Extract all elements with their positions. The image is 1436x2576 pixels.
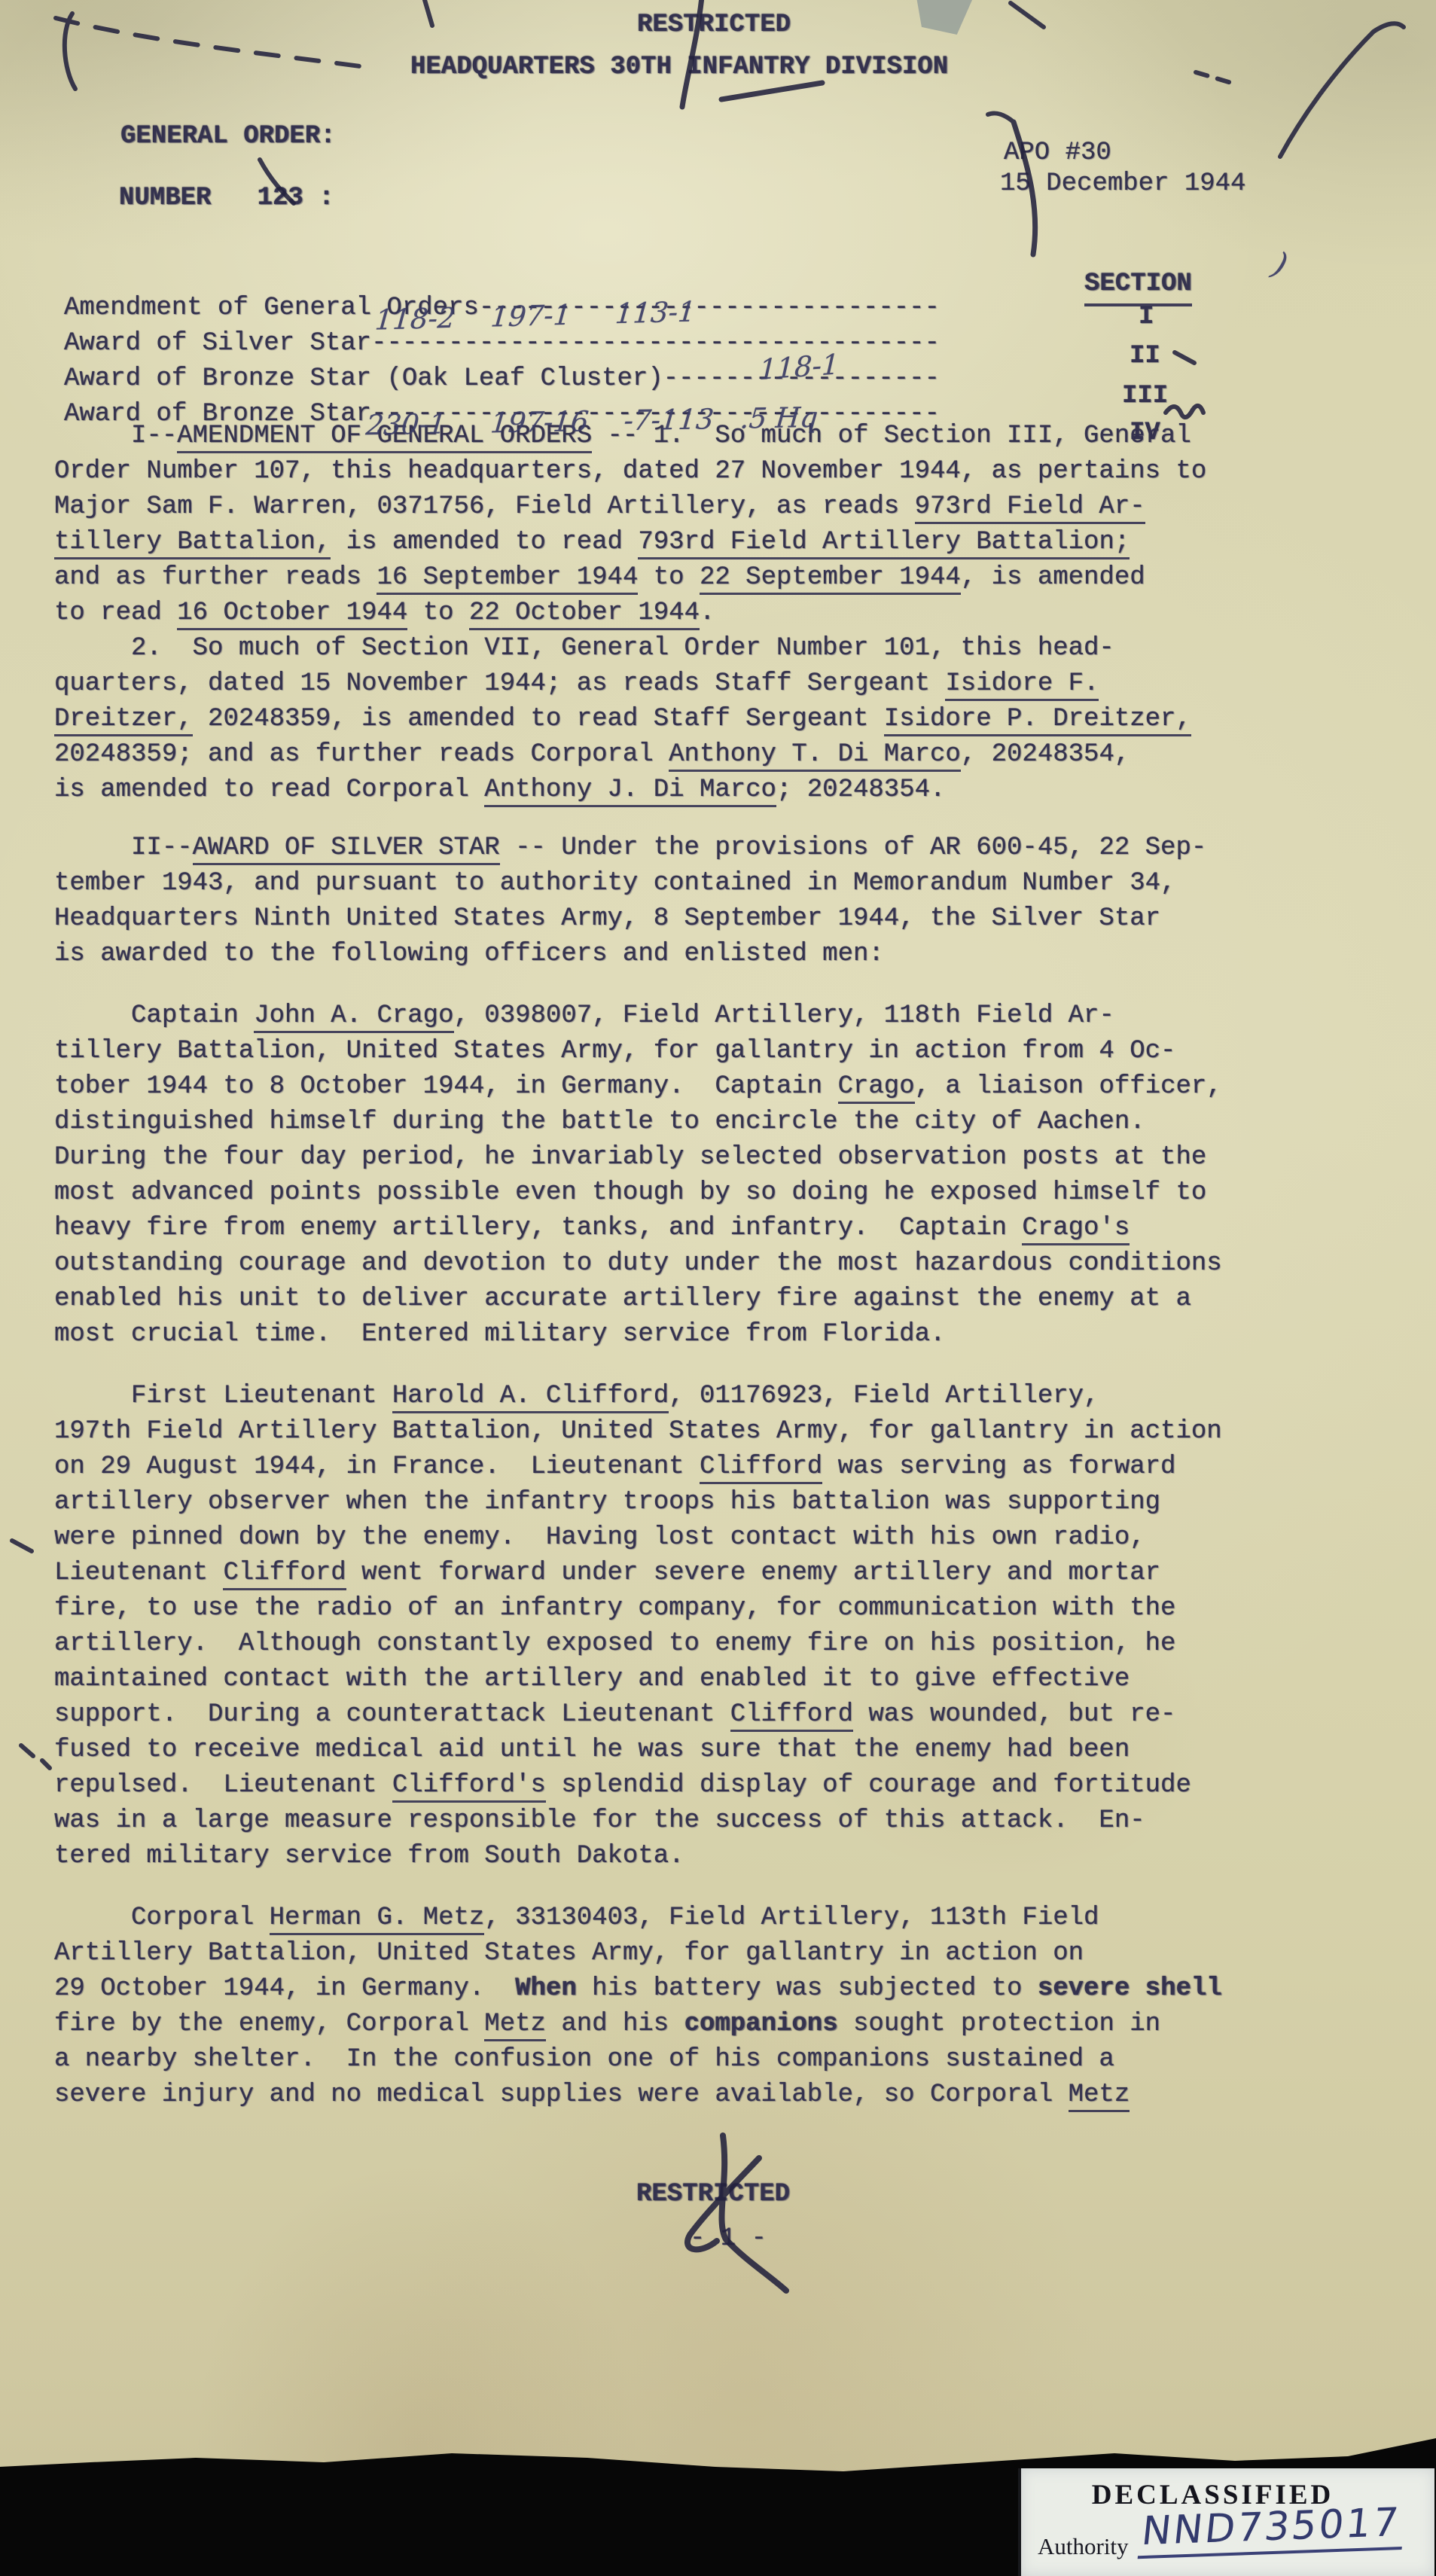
typed-line: and as further reads 16 September 1944 t…	[54, 560, 1222, 596]
handwritten-annotation: )	[1268, 245, 1293, 282]
typed-line: artillery observer when the infantry tro…	[54, 1485, 1222, 1520]
typed-line: was in a large measure responsible for t…	[54, 1803, 1222, 1839]
order-number: NUMBER 123 :	[119, 181, 334, 216]
typed-line: fire, to use the radio of an infantry co…	[54, 1591, 1222, 1626]
typed-line: Dreitzer, 20248359, is amended to read S…	[54, 702, 1222, 737]
typed-line: Lieutenant Clifford went forward under s…	[54, 1556, 1222, 1591]
typed-line: maintained contact with the artillery an…	[54, 1662, 1222, 1697]
typed-line: tillery Battalion, United States Army, f…	[54, 1034, 1222, 1069]
typed-line: is amended to read Corporal Anthony J. D…	[54, 773, 1222, 808]
typed-line: distinguished himself during the battle …	[54, 1105, 1222, 1140]
letterhead-unit: HEADQUARTERS 30TH INFANTRY DIVISION	[410, 50, 948, 85]
typed-line: quarters, dated 15 November 1944; as rea…	[54, 666, 1222, 702]
typed-line: outstanding courage and devotion to duty…	[54, 1246, 1222, 1282]
typed-line: were pinned down by the enemy. Having lo…	[54, 1520, 1222, 1556]
typed-line: a nearby shelter. In the confusion one o…	[54, 2042, 1222, 2078]
typed-line: tered military service from South Dakota…	[54, 1839, 1222, 1874]
typed-line: 197th Field Artillery Battalion, United …	[54, 1414, 1222, 1450]
declassified-authority-label: Authority	[1038, 2533, 1129, 2560]
declassified-stamp: DECLASSIFIED Authority NND735017	[1018, 2468, 1434, 2576]
typed-line: Order Number 107, this headquarters, dat…	[54, 454, 1222, 489]
typed-line: First Lieutenant Harold A. Clifford, 011…	[54, 1379, 1222, 1414]
contents-section-numeral: III	[1122, 379, 1168, 414]
typed-line: 29 October 1944, in Germany. When his ba…	[54, 1971, 1222, 2007]
contents-section-numeral: II	[1130, 339, 1160, 374]
general-order-label: GENERAL ORDER:	[120, 119, 336, 154]
typed-line: fire by the enemy, Corporal Metz and his…	[54, 2007, 1222, 2042]
document-page: RESTRICTED HEADQUARTERS 30TH INFANTRY DI…	[0, 0, 1436, 2576]
typed-line: Major Sam F. Warren, 0371756, Field Arti…	[54, 489, 1222, 525]
typed-line: 2. So much of Section VII, General Order…	[54, 631, 1222, 666]
typed-line: tember 1943, and pursuant to authority c…	[54, 866, 1222, 901]
typed-line: to read 16 October 1944 to 22 October 19…	[54, 596, 1222, 631]
typed-line: most crucial time. Entered military serv…	[54, 1317, 1222, 1352]
typed-line: support. During a counterattack Lieutena…	[54, 1697, 1222, 1733]
photo-background-notch	[913, 0, 972, 35]
typed-paragraph: Captain John A. Crago, 0398007, Field Ar…	[54, 998, 1222, 1352]
order-date: 15 December 1944	[1000, 166, 1245, 202]
typed-paragraph: Corporal Herman G. Metz, 33130403, Field…	[54, 1901, 1222, 2113]
typed-line: During the four day period, he invariabl…	[54, 1140, 1222, 1175]
typed-line: fused to receive medical aid until he wa…	[54, 1733, 1222, 1768]
contents-section-numeral: I	[1139, 300, 1154, 335]
typed-line: severe injury and no medical supplies we…	[54, 2078, 1222, 2113]
typed-line: is awarded to the following officers and…	[54, 937, 1222, 972]
typed-paragraph: First Lieutenant Harold A. Clifford, 011…	[54, 1379, 1222, 1874]
typed-paragraph: II--AWARD OF SILVER STAR -- Under the pr…	[54, 831, 1222, 972]
classification-top: RESTRICTED	[637, 8, 791, 43]
typed-line: artillery. Although constantly exposed t…	[54, 1626, 1222, 1662]
page-number: - 1 -	[690, 2221, 767, 2257]
typed-line: II--AWARD OF SILVER STAR -- Under the pr…	[54, 831, 1222, 866]
scanned-document-photo: { "classification": { "top": "RESTRICTED…	[0, 0, 1436, 2576]
declassified-authority-number: NND735017	[1138, 2500, 1407, 2559]
typed-line: most advanced points possible even thoug…	[54, 1175, 1222, 1211]
handwritten-annotation: 118-1	[758, 348, 840, 386]
classification-bottom: RESTRICTED	[636, 2177, 790, 2212]
typed-line: Corporal Herman G. Metz, 33130403, Field…	[54, 1901, 1222, 1936]
document-paragraphs: I--AMENDMENT OF GENERAL ORDERS -- 1. So …	[54, 419, 1222, 2113]
typed-paragraph: I--AMENDMENT OF GENERAL ORDERS -- 1. So …	[54, 419, 1222, 808]
typed-line: tillery Battalion, is amended to read 79…	[54, 525, 1222, 560]
typed-line: 20248359; and as further reads Corporal …	[54, 737, 1222, 773]
typed-line: Headquarters Ninth United States Army, 8…	[54, 901, 1222, 937]
apo-number: APO #30	[1004, 136, 1111, 171]
typed-line: heavy fire from enemy artillery, tanks, …	[54, 1211, 1222, 1246]
typed-line: on 29 August 1944, in France. Lieutenant…	[54, 1450, 1222, 1485]
typed-line: Artillery Battalion, United States Army,…	[54, 1936, 1222, 1971]
typed-line: Captain John A. Crago, 0398007, Field Ar…	[54, 998, 1222, 1034]
typed-line: tober 1944 to 8 October 1944, in Germany…	[54, 1069, 1222, 1105]
typed-line: enabled his unit to deliver accurate art…	[54, 1282, 1222, 1317]
typed-line: repulsed. Lieutenant Clifford's splendid…	[54, 1768, 1222, 1803]
